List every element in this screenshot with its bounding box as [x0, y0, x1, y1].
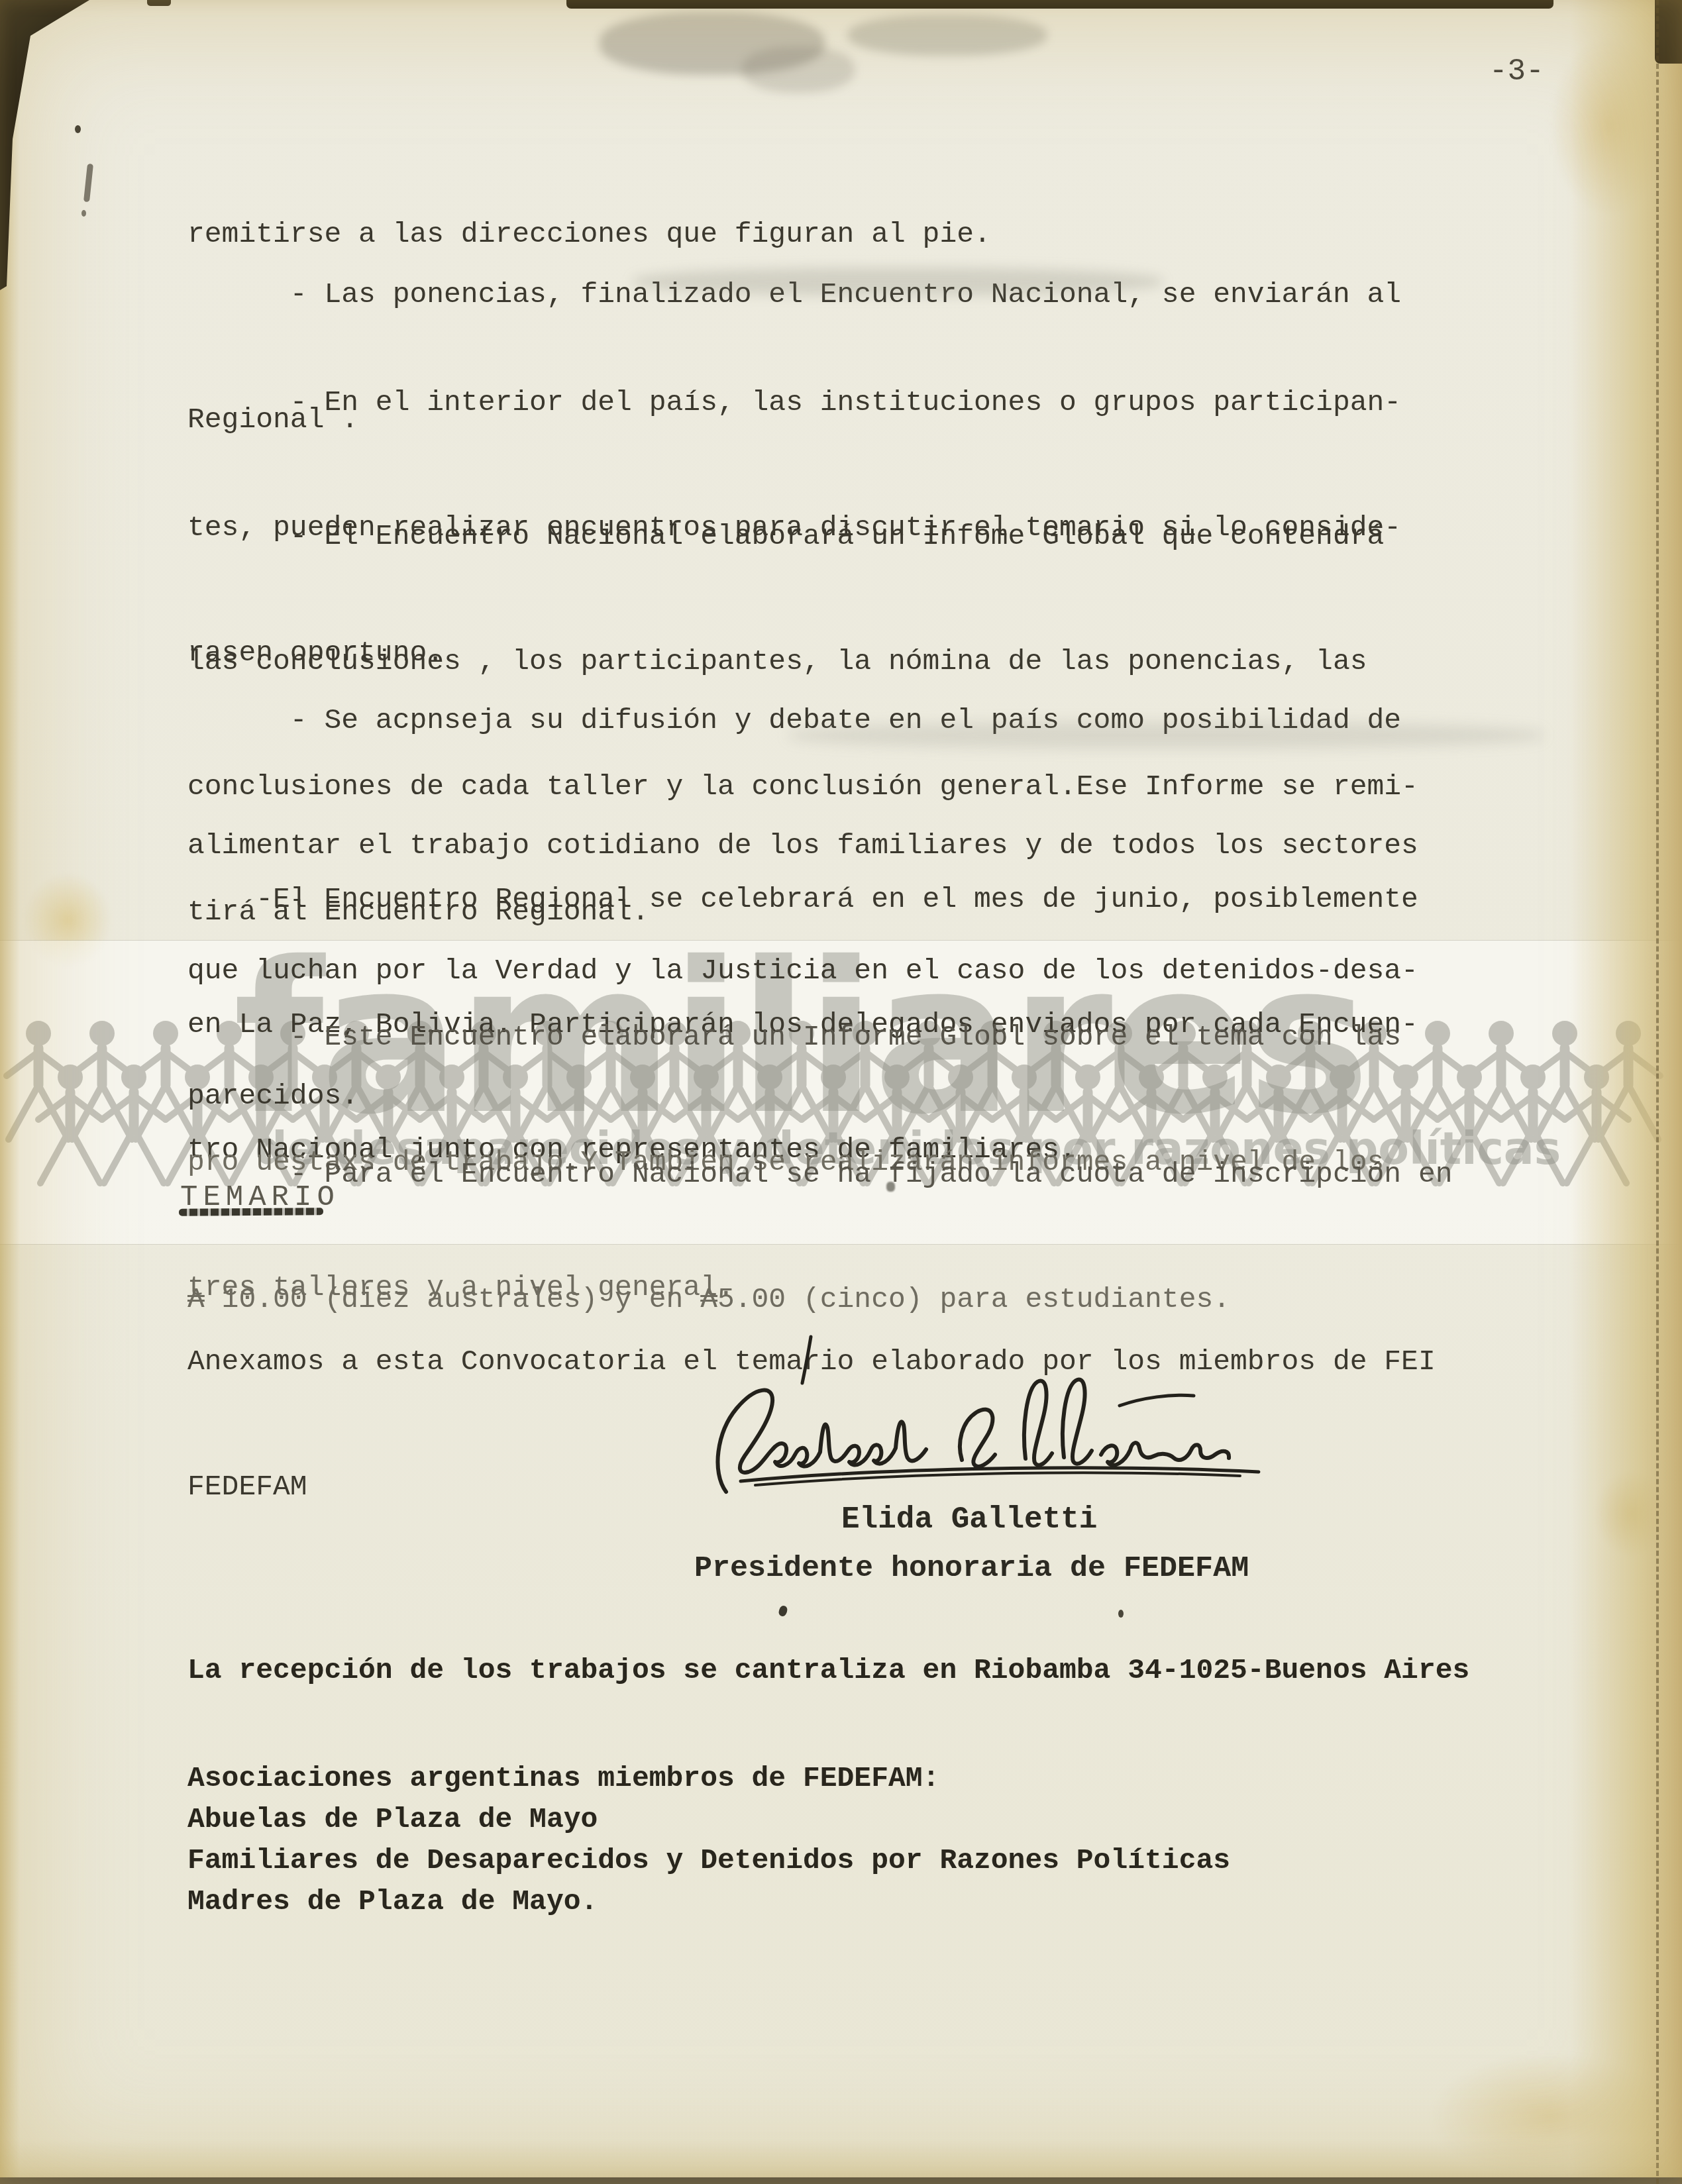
scan-edge-top [566, 0, 1553, 9]
scan-edge-mark [147, 0, 171, 6]
ink-smudge [600, 12, 825, 75]
page-number: -3- [1489, 54, 1544, 89]
scan-corner-top-right [1655, 0, 1682, 64]
typewritten-line: -El Encuentro Regional se celebrará en e… [187, 878, 1418, 920]
ink-speck [75, 125, 81, 133]
ink-speck [1118, 1610, 1124, 1618]
ink-smudge [742, 46, 855, 93]
typewritten-line: - El Encuentro Nacional elaborará un Inf… [187, 515, 1418, 557]
typewritten-line: - Para el Encuentro Nacional se ha fijad… [187, 1153, 1453, 1195]
heading-underline [179, 1208, 323, 1216]
typewritten-line: - Se acpnseja su difusión y debate en el… [187, 700, 1418, 741]
typewritten-line: - Este Encuentro elaborará un Informe Gl… [187, 1016, 1401, 1058]
association-item: Familiares de Desaparecidos y Detenidos … [187, 1844, 1230, 1877]
ink-smudge [848, 15, 1047, 56]
reception-line: La recepción de los trabajos se cantrali… [187, 1654, 1469, 1687]
scan-corner-top-left [0, 0, 93, 291]
ink-speck [778, 1605, 788, 1618]
paper-stain [1550, 36, 1669, 215]
ink-speck [83, 164, 93, 203]
aged-bottom-edge [0, 2140, 1682, 2177]
handwritten-signature [662, 1318, 1292, 1537]
paper-stain [1431, 2054, 1669, 2179]
scan-edge-bottom [0, 2177, 1682, 2184]
association-item: Madres de Plaza de Mayo. [187, 1885, 598, 1918]
associations-heading: Asociaciones argentinas miembros de FEDE… [187, 1762, 939, 1794]
paper-stain [1595, 1471, 1668, 1557]
scanned-document-page: familiares de desaparecidos y detenidos … [0, 0, 1682, 2184]
signatory-role: Presidente honoraria de FEDEFAM [694, 1551, 1249, 1585]
ink-speck [81, 210, 86, 217]
typewritten-line: - En el interior del país, las instituci… [187, 382, 1401, 423]
association-item: Abuelas de Plaza de Mayo [187, 1803, 598, 1836]
